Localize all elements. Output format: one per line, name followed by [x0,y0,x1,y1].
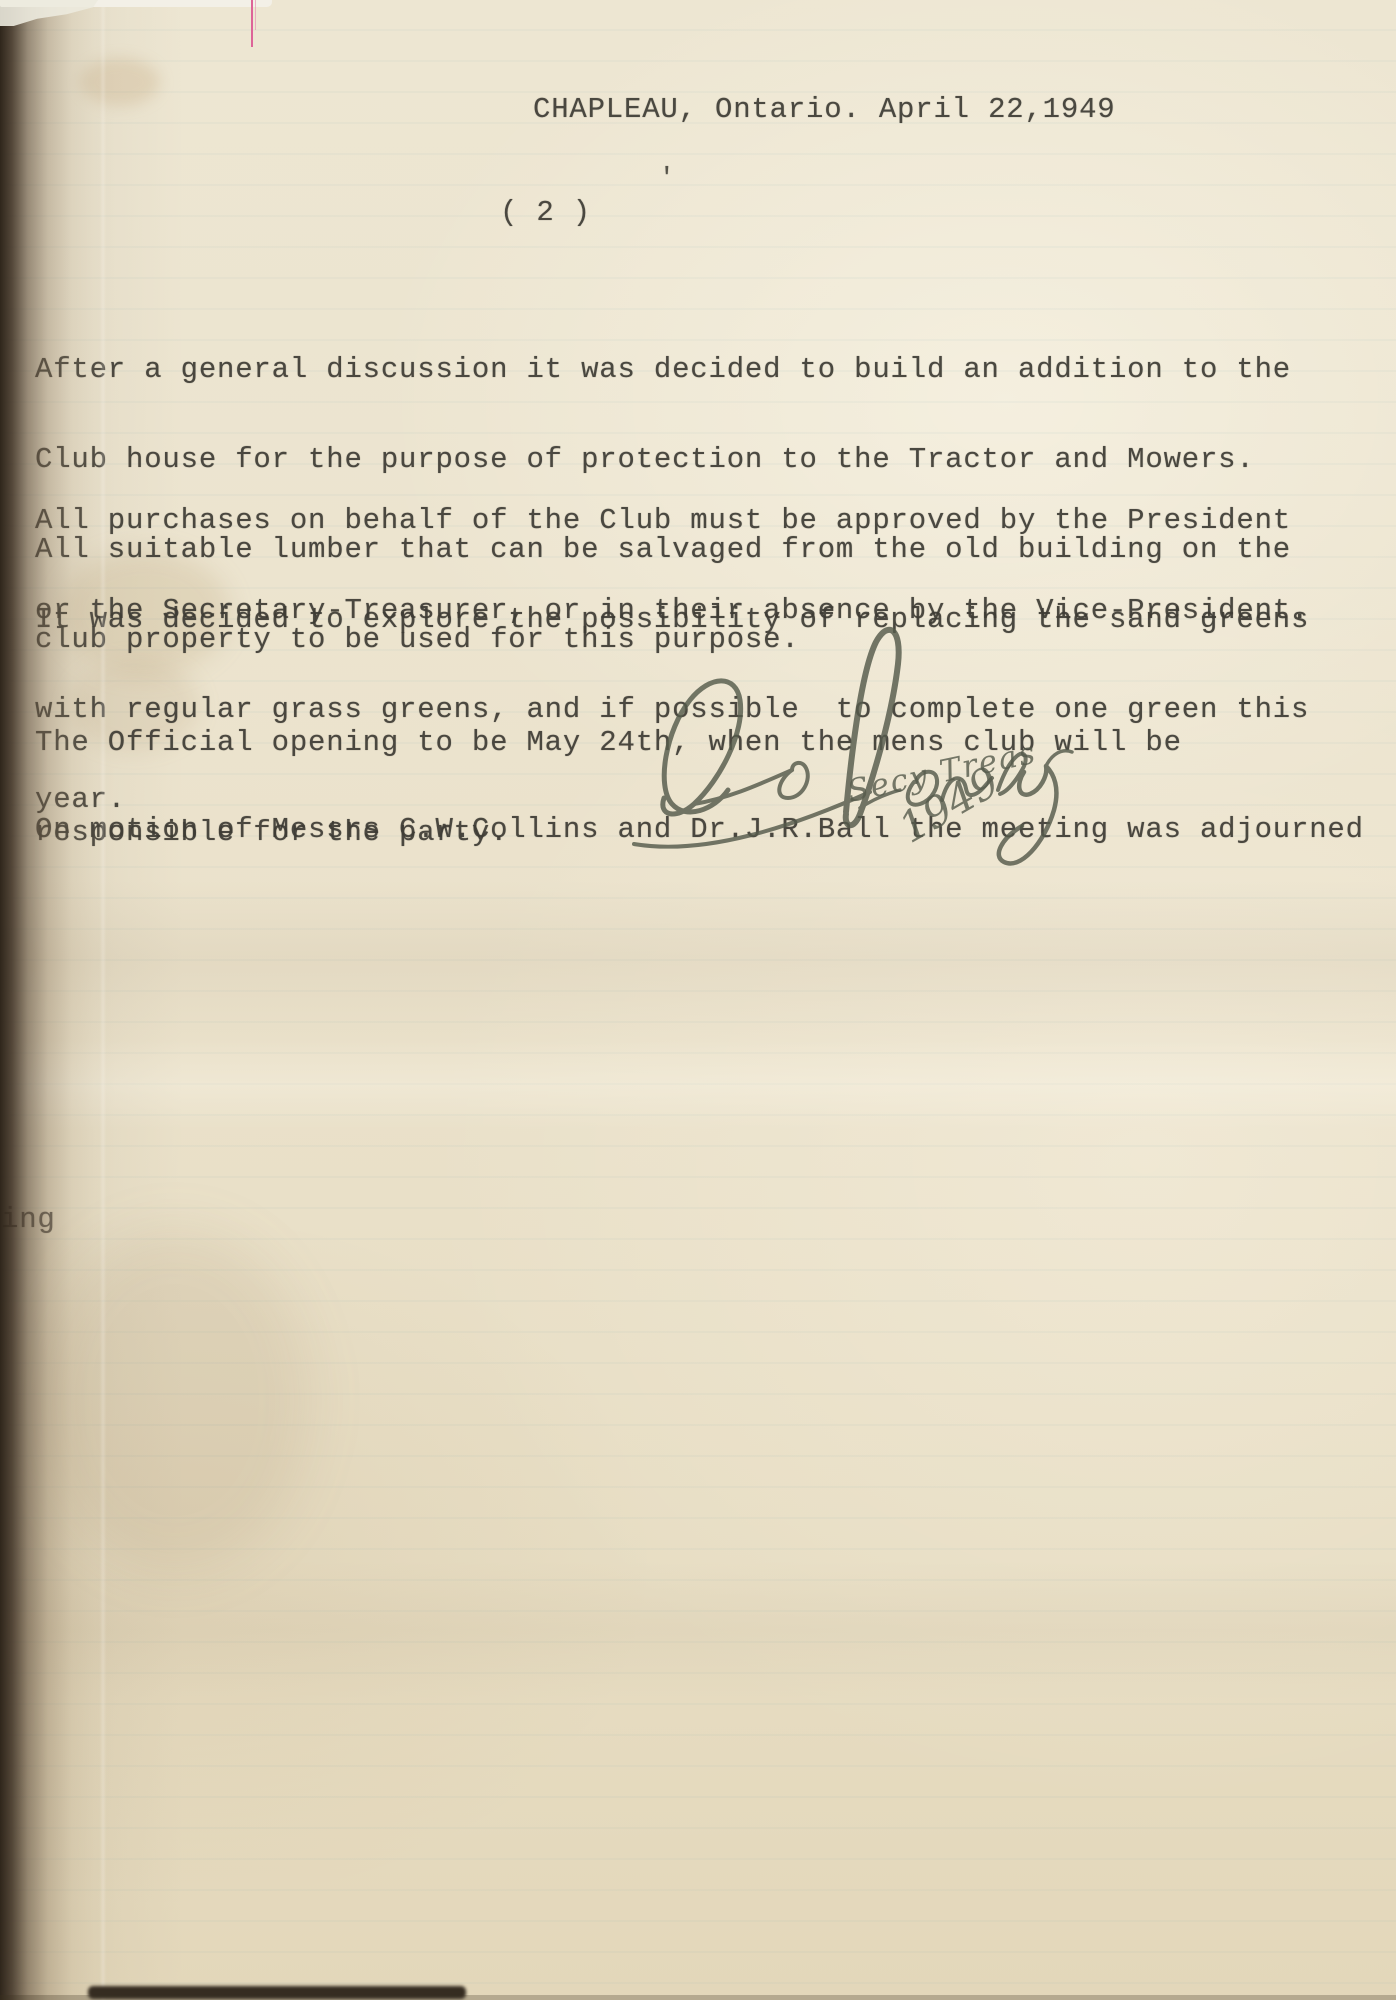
pink-thread-mark [255,0,256,30]
bottom-edge-shading [0,1995,1396,2000]
horizontal-crease [0,1040,1396,1130]
signature-stroke [779,763,807,798]
stray-ink-mark: ' [659,163,675,193]
scanned-document-page: CHAPLEAU, Ontario. April 22,1949 ( 2 ) '… [0,0,1396,2000]
top-left-corner-wear [0,0,98,26]
doc-header-location-date: CHAPLEAU, Ontario. April 22,1949 [533,93,1116,126]
signature-stroke [1046,751,1072,766]
horizontal-crease [0,1560,1396,1700]
paper-stain [80,58,160,106]
top-edge-tear [0,0,272,7]
pink-thread-mark [251,0,253,47]
page-number: ( 2 ) [500,196,591,229]
signature: Secy Treas 1949 [610,612,1110,902]
left-margin-text-fragment: ing [1,1203,56,1236]
paper-stain [40,1230,310,1570]
signature-stroke [999,766,1057,863]
typed-line: After a general discussion it was decide… [35,355,1291,385]
bottom-page-edge-shadow [88,1986,466,1999]
typed-line: All purchases on behalf of the Club must… [35,506,1309,536]
